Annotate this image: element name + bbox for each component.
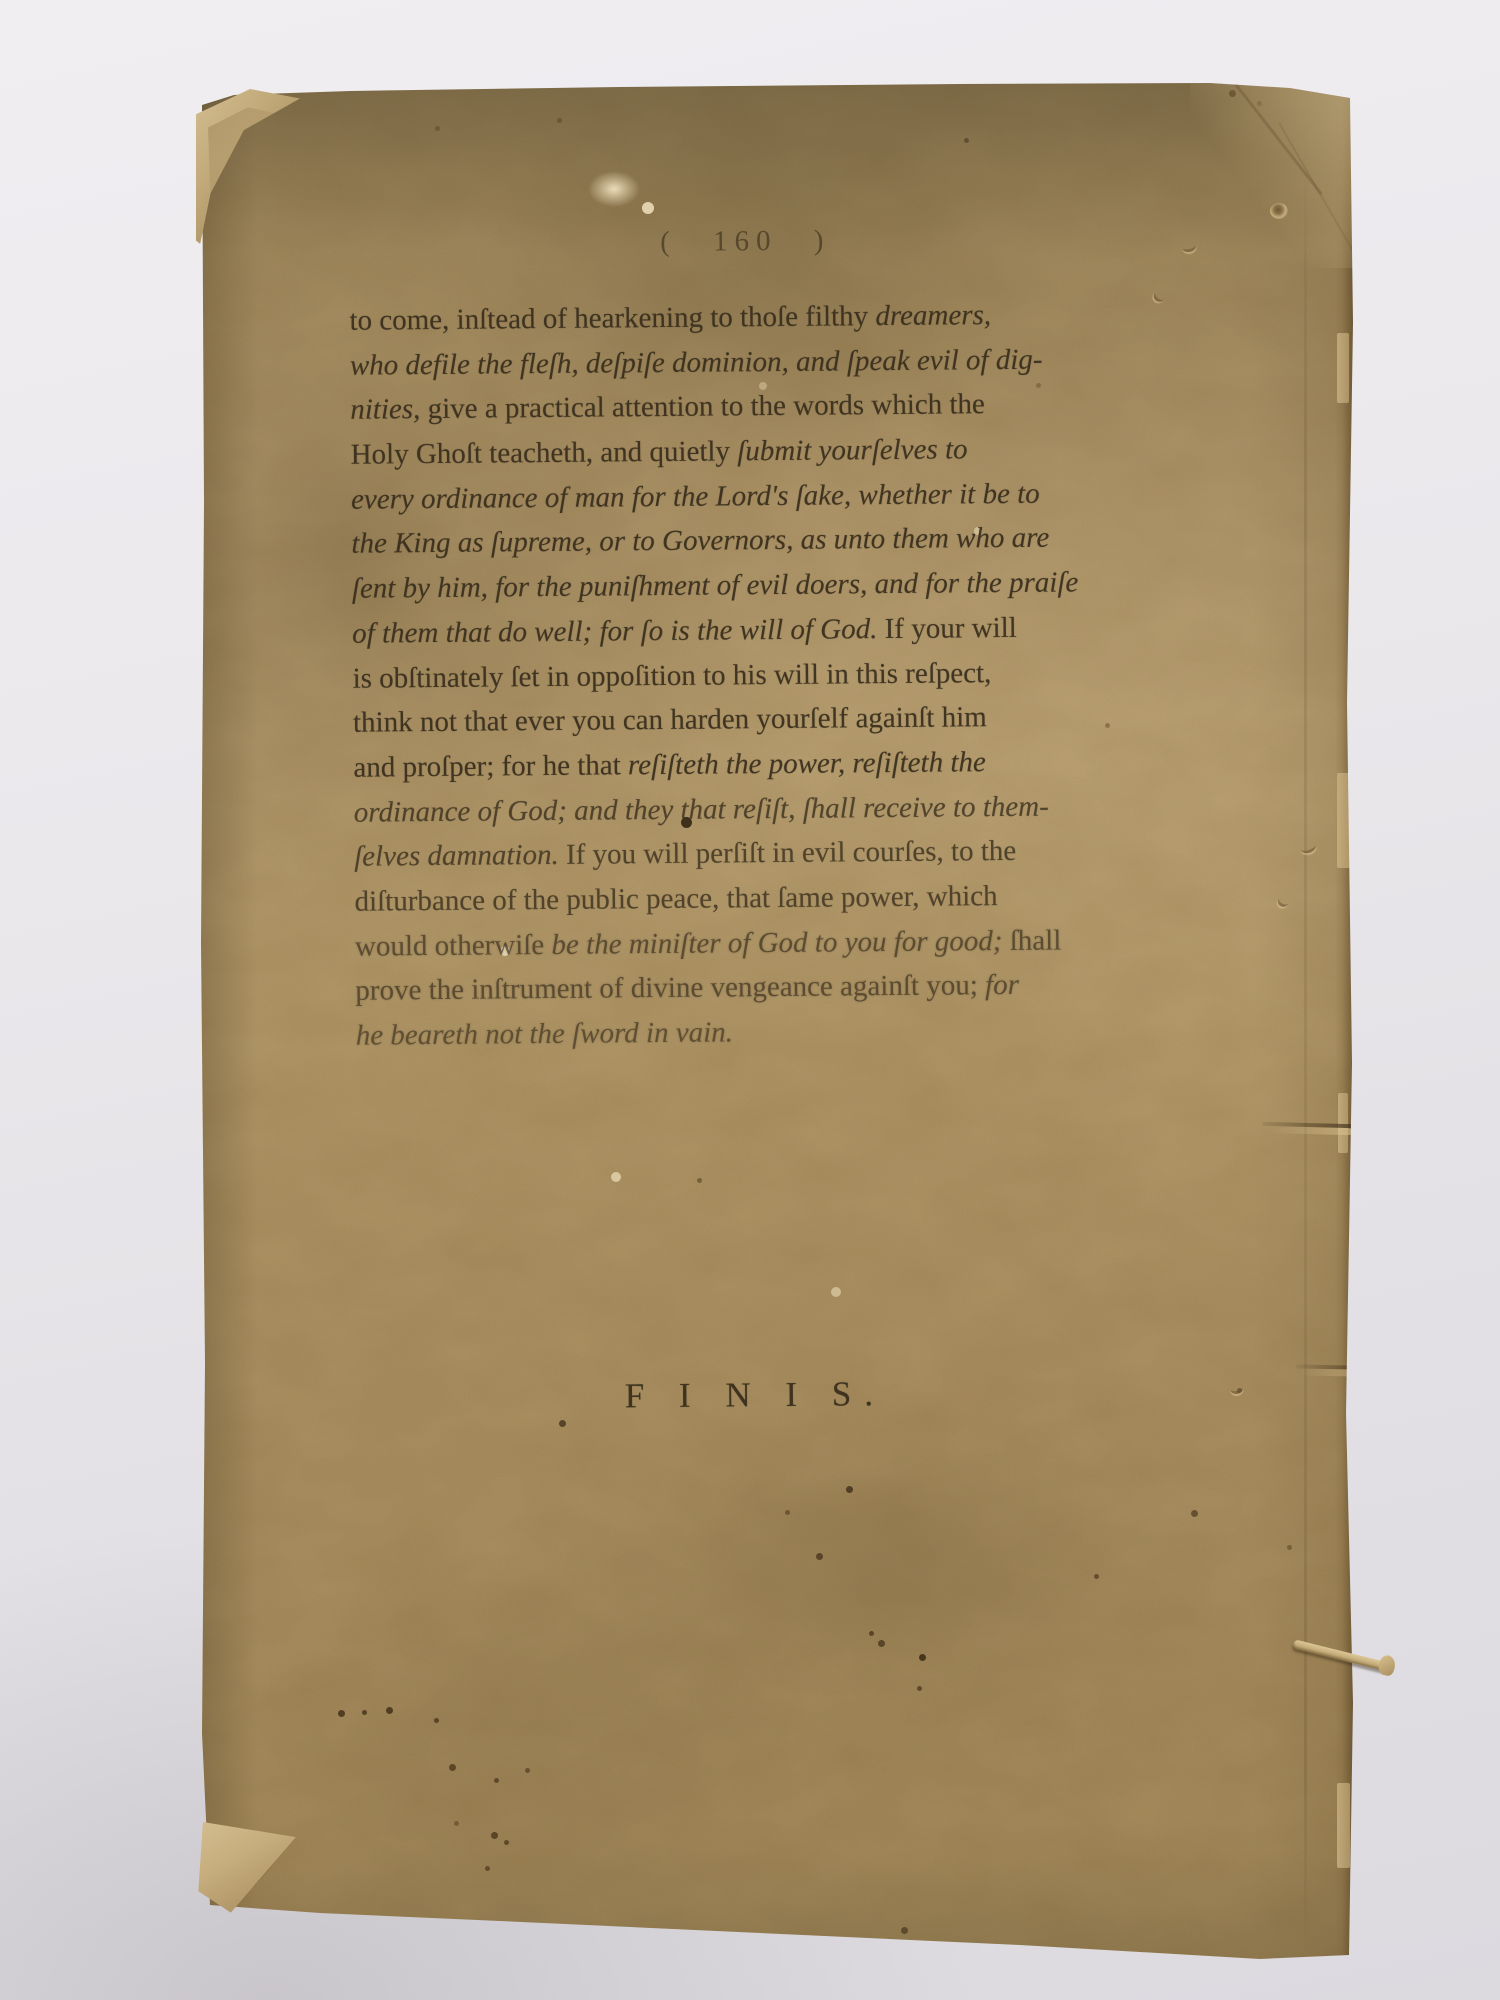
text-line: nities, give a practical attention to th… — [350, 381, 1143, 433]
printed-content: ( 160 ) to come, inſtead of hearkening t… — [193, 78, 1364, 1968]
text-line: think not that ever you can harden yourſ… — [353, 694, 1146, 746]
body-text: diſturbance of the public peace, that ſa… — [354, 880, 997, 918]
text-line: Holy Ghoſt teacheth, and quietly ſubmit … — [350, 426, 1143, 478]
italic-scripture-text: ſubmit yourſelves to — [737, 433, 968, 467]
text-line: would otherwiſe be the miniſter of God t… — [355, 917, 1148, 969]
text-line: to come, inſtead of hearkening to thoſe … — [349, 292, 1142, 344]
text-line: he beareth not the ſword in vain. — [356, 1007, 1149, 1059]
body-text: Holy Ghoſt teacheth, and quietly — [351, 435, 738, 470]
text-block: to come, inſtead of hearkening to thoſe … — [349, 292, 1149, 1059]
finis-label: F I N I S. — [359, 1372, 1152, 1419]
paper-flecks — [200, 83, 206, 89]
body-text: give a practical attention to the words … — [420, 389, 985, 426]
italic-scripture-text: be the miniſter of God to you for good; — [551, 925, 1010, 961]
italic-scripture-text: who defile the fleſh, deſpiſe dominion, … — [350, 343, 1043, 381]
body-text: ſhall — [1010, 924, 1062, 956]
text-line: ſent by him, for the puniſhment of evil … — [352, 560, 1145, 612]
body-text: and proſper; for he that — [353, 749, 628, 783]
italic-scripture-text: the King as ſupreme, or to Governors, as… — [351, 522, 1049, 560]
text-line: is obſtinately ſet in oppoſition to his … — [352, 649, 1145, 701]
body-text: If your will — [877, 612, 1017, 645]
body-text: prove the inſtrument of divine vengeance… — [355, 970, 985, 1007]
text-line: who defile the fleſh, deſpiſe dominion, … — [350, 336, 1143, 388]
italic-scripture-text: nities, — [350, 393, 420, 426]
foxing-spots — [200, 83, 205, 88]
italic-scripture-text: ordinance of God; and they that reſiſt, … — [354, 790, 1049, 828]
page-number: ( 160 ) — [349, 222, 1142, 262]
text-line: diſturbance of the public peace, that ſa… — [354, 873, 1147, 925]
photo-background: ( 160 ) to come, inſtead of hearkening t… — [0, 0, 1500, 2000]
book-page: ( 160 ) to come, inſtead of hearkening t… — [200, 83, 1355, 1963]
body-text: to come, inſtead of hearkening to thoſe … — [349, 300, 875, 337]
italic-scripture-text: dreamers, — [875, 299, 991, 332]
text-line: and proſper; for he that reſiſteth the p… — [353, 739, 1146, 791]
italic-scripture-text: for — [985, 969, 1019, 1001]
italic-scripture-text: he beareth not the ſword in vain. — [356, 1016, 733, 1051]
text-line: prove the inſtrument of divine vengeance… — [355, 962, 1148, 1014]
italic-scripture-text: of them that do well; for ſo is the will… — [352, 613, 877, 650]
text-line: the King as ſupreme, or to Governors, as… — [351, 515, 1144, 567]
italic-scripture-text: ſelves damnation. — [354, 839, 559, 873]
book: ( 160 ) to come, inſtead of hearkening t… — [200, 83, 1355, 1963]
body-text: is obſtinately ſet in oppoſition to his … — [352, 657, 991, 695]
body-text: would otherwiſe — [355, 929, 552, 963]
body-text: If you will perſiſt in evil courſes, to … — [559, 835, 1017, 871]
text-line: ſelves damnation. If you will perſiſt in… — [354, 828, 1147, 880]
text-line: of them that do well; for ſo is the will… — [352, 605, 1145, 657]
italic-scripture-text: reſiſteth the power, reſiſteth the — [628, 746, 986, 781]
italic-scripture-text: every ordinance of man for the Lord's ſa… — [351, 477, 1040, 515]
body-text: think not that ever you can harden yourſ… — [353, 701, 987, 739]
italic-scripture-text: ſent by him, for the puniſhment of evil … — [352, 566, 1079, 604]
text-line: ordinance of God; and they that reſiſt, … — [354, 783, 1147, 835]
text-line: every ordinance of man for the Lord's ſa… — [351, 471, 1144, 523]
